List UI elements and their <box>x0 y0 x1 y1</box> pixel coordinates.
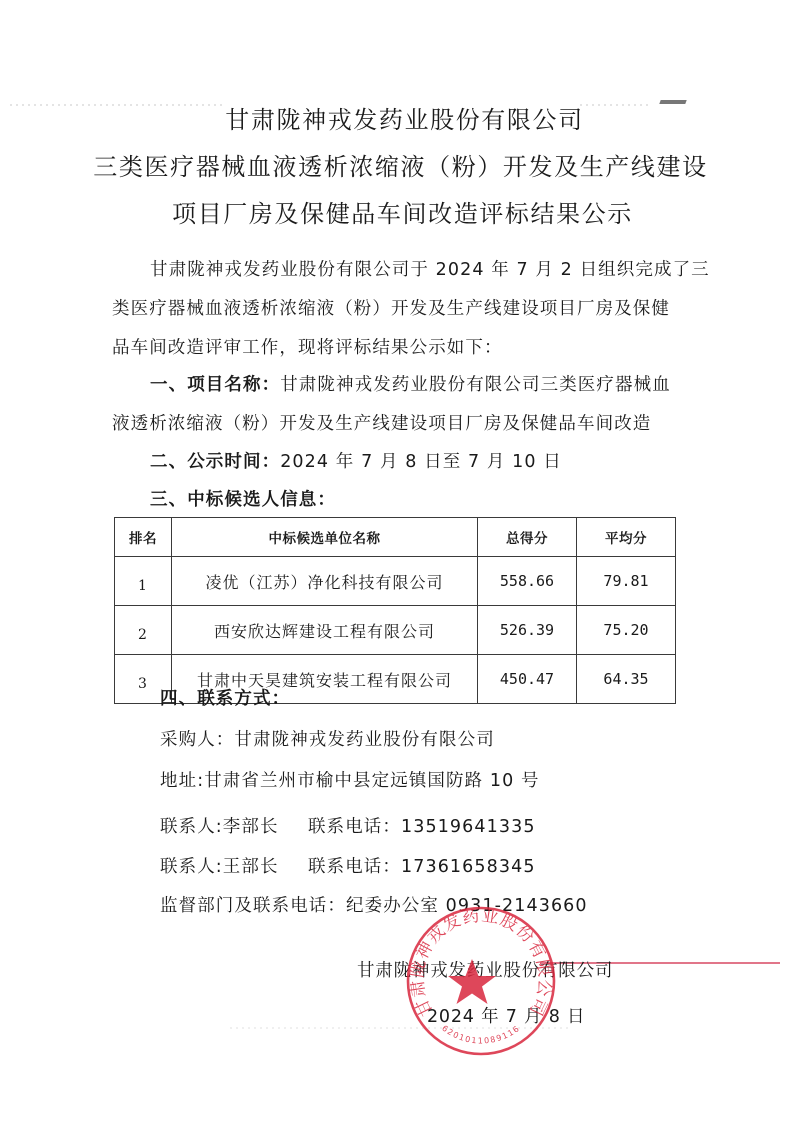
section-1-text-2: 液透析浓缩液（粉）开发及生产线建设项目厂房及保健品车间改造 <box>112 410 651 435</box>
intro-line-1: 甘肃陇神戎发药业股份有限公司于 2024 年 7 月 2 日组织完成了三 <box>150 256 710 281</box>
document-page: 甘肃陇神戎发药业股份有限公司 三类医疗器械血液透析浓缩液（粉）开发及生产线建设 … <box>0 0 793 1122</box>
cell-total-score: 450.47 <box>478 655 577 704</box>
section-2-line: 二、公示时间：2024 年 7 月 8 日至 7 月 10 日 <box>150 448 562 473</box>
contact-1-phone: 联系电话：13519641335 <box>308 813 536 838</box>
section-2-heading: 二、公示时间： <box>150 452 280 472</box>
header-company-name: 中标候选单位名称 <box>172 518 478 557</box>
table-row: 1 凌优（江苏）净化科技有限公司 558.66 79.81 <box>115 557 676 606</box>
cell-total-score: 526.39 <box>478 606 577 655</box>
intro-line-3: 品车间改造评审工作，现将评标结果公示如下： <box>112 334 503 359</box>
address-line: 地址:甘肃省兰州市榆中县定远镇国防路 10 号 <box>160 767 540 792</box>
section-3-heading: 三、中标候选人信息： <box>150 486 336 511</box>
section-2-text: 2024 年 7 月 8 日至 7 月 10 日 <box>280 452 562 472</box>
intro-line-2: 类医疗器械血液透析浓缩液（粉）开发及生产线建设项目厂房及保健 <box>112 295 670 320</box>
title-line-1: 甘肃陇神戎发药业股份有限公司 <box>8 100 793 135</box>
header-rank: 排名 <box>115 518 172 557</box>
supervision-line: 监督部门及联系电话：纪委办公室 0931-2143660 <box>160 892 588 917</box>
table-header-row: 排名 中标候选单位名称 总得分 平均分 <box>115 518 676 557</box>
table-row: 2 西安欣达辉建设工程有限公司 526.39 75.20 <box>115 606 676 655</box>
contact-2-phone: 联系电话：17361658345 <box>308 853 536 878</box>
signature-company: 甘肃陇神戎发药业股份有限公司 <box>357 957 613 982</box>
cell-average-score: 79.81 <box>577 557 676 606</box>
title-line-2: 三类医疗器械血液透析浓缩液（粉）开发及生产线建设 <box>4 147 793 182</box>
cell-company-name: 凌优（江苏）净化科技有限公司 <box>172 557 478 606</box>
section-4-heading: 四、联系方式： <box>160 685 290 710</box>
section-1-line-1: 一、项目名称：甘肃陇神戎发药业股份有限公司三类医疗器械血 <box>150 371 671 396</box>
purchaser-line: 采购人：甘肃陇神戎发药业股份有限公司 <box>160 726 495 751</box>
cell-average-score: 75.20 <box>577 606 676 655</box>
bid-results-table: 排名 中标候选单位名称 总得分 平均分 1 凌优（江苏）净化科技有限公司 558… <box>114 517 676 704</box>
contact-2-person: 联系人:王部长 <box>160 853 279 878</box>
signature-date: 2024 年 7 月 8 日 <box>427 1003 585 1028</box>
section-1-heading: 一、项目名称： <box>150 375 280 395</box>
header-total-score: 总得分 <box>478 518 577 557</box>
title-line-3: 项目厂房及保健品车间改造评标结果公示 <box>6 194 793 229</box>
cell-company-name: 西安欣达辉建设工程有限公司 <box>172 606 478 655</box>
contact-1-person: 联系人:李部长 <box>160 813 279 838</box>
cell-average-score: 64.35 <box>577 655 676 704</box>
cell-rank: 2 <box>115 606 172 655</box>
cell-rank: 1 <box>115 557 172 606</box>
section-1-text-1: 甘肃陇神戎发药业股份有限公司三类医疗器械血 <box>280 375 671 395</box>
header-average-score: 平均分 <box>577 518 676 557</box>
cell-total-score: 558.66 <box>478 557 577 606</box>
